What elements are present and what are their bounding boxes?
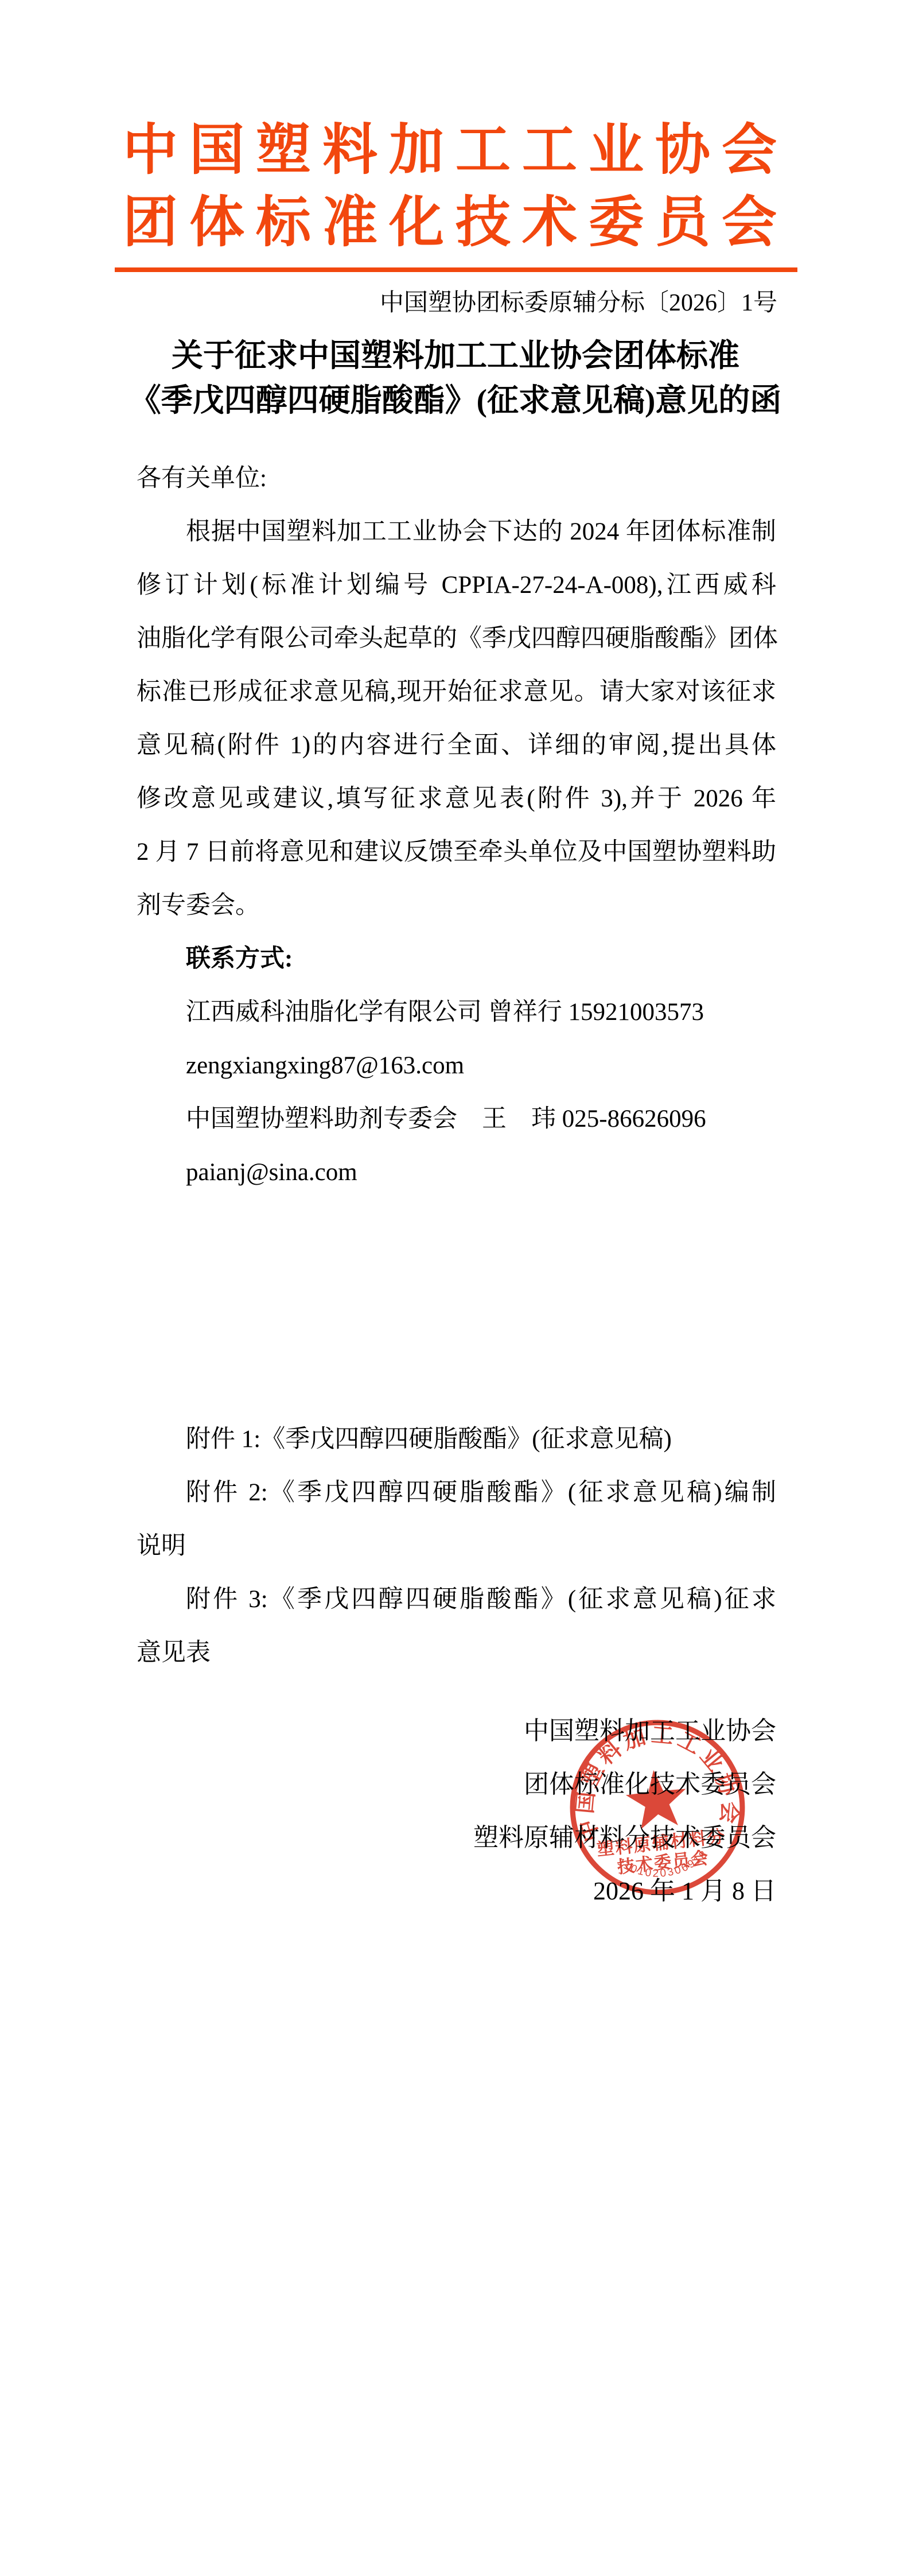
contact-line-company: 江西威科油脂化学有限公司 曾祥行 15921003573 bbox=[137, 996, 776, 1029]
contact-line-email-1: zengxiangxing87@163.com bbox=[137, 1050, 776, 1082]
attachment-line-3-wrap: 意见表 bbox=[137, 1637, 776, 1669]
body-line: 油脂化学有限公司牵头起草的《季戊四醇四硬脂酸酯》团体 bbox=[137, 623, 776, 655]
contact-line-committee: 中国塑协塑料助剂专委会 王 玮 025-86626096 bbox=[137, 1103, 776, 1135]
body-line: 修改意见或建议,填写征求意见表(附件 3),并于 2026 年 bbox=[137, 783, 776, 815]
body-line: 2 月 7 日前将意见和建议反馈至牵头单位及中国塑协塑料助 bbox=[137, 836, 776, 868]
seal-star bbox=[624, 1767, 690, 1830]
attachment-line-1: 附件 1:《季戊四醇四硬脂酸酯》(征求意见稿) bbox=[137, 1423, 776, 1456]
contact-heading: 联系方式: bbox=[137, 943, 776, 975]
body-line: 根据中国塑料加工工业协会下达的 2024 年团体标准制 bbox=[137, 516, 776, 548]
seal-graphic: 中国塑料加工工业协会 塑料原辅材料分 技术委员会 1101020306918 bbox=[556, 1706, 759, 1909]
body-line: 修订计划(标准计划编号 CPPIA-27-24-A-008),江西威科 bbox=[137, 569, 776, 602]
masthead-line-1: 中国塑料加工工业协会 bbox=[0, 122, 911, 179]
attachment-line-2-wrap: 说明 bbox=[137, 1530, 776, 1562]
salutation: 各有关单位: bbox=[137, 463, 776, 495]
contact-line-email-2: paianj@sina.com bbox=[137, 1157, 776, 1189]
document-number: 中国塑协团标委原辅分标〔2026〕1号 bbox=[380, 289, 777, 317]
body-line: 意见稿(附件 1)的内容进行全面、详细的审阅,提出具体 bbox=[137, 730, 776, 762]
masthead-line-2: 团体标准化技术委员会 bbox=[0, 194, 911, 251]
letter-title-line-1: 关于征求中国塑料加工工业协会团体标准 bbox=[0, 337, 911, 374]
masthead-divider bbox=[115, 267, 797, 272]
body-line: 剂专委会。 bbox=[137, 890, 776, 922]
letter-title-line-2: 《季戊四醇四硬脂酸酯》(征求意见稿)意见的函 bbox=[0, 382, 911, 419]
body-line: 标准已形成征求意见稿,现开始征求意见。请大家对该征求 bbox=[137, 676, 776, 708]
attachment-line-3: 附件 3:《季戊四醇四硬脂酸酯》(征求意见稿)征求 bbox=[137, 1584, 776, 1616]
official-seal: 中国塑料加工工业协会 塑料原辅材料分 技术委员会 1101020306918 bbox=[556, 1706, 759, 1909]
attachment-line-2: 附件 2:《季戊四醇四硬脂酸酯》(征求意见稿)编制 bbox=[137, 1477, 776, 1509]
official-letter-page: 中国塑料加工工业协会 团体标准化技术委员会 中国塑协团标委原辅分标〔2026〕1… bbox=[0, 0, 911, 2576]
